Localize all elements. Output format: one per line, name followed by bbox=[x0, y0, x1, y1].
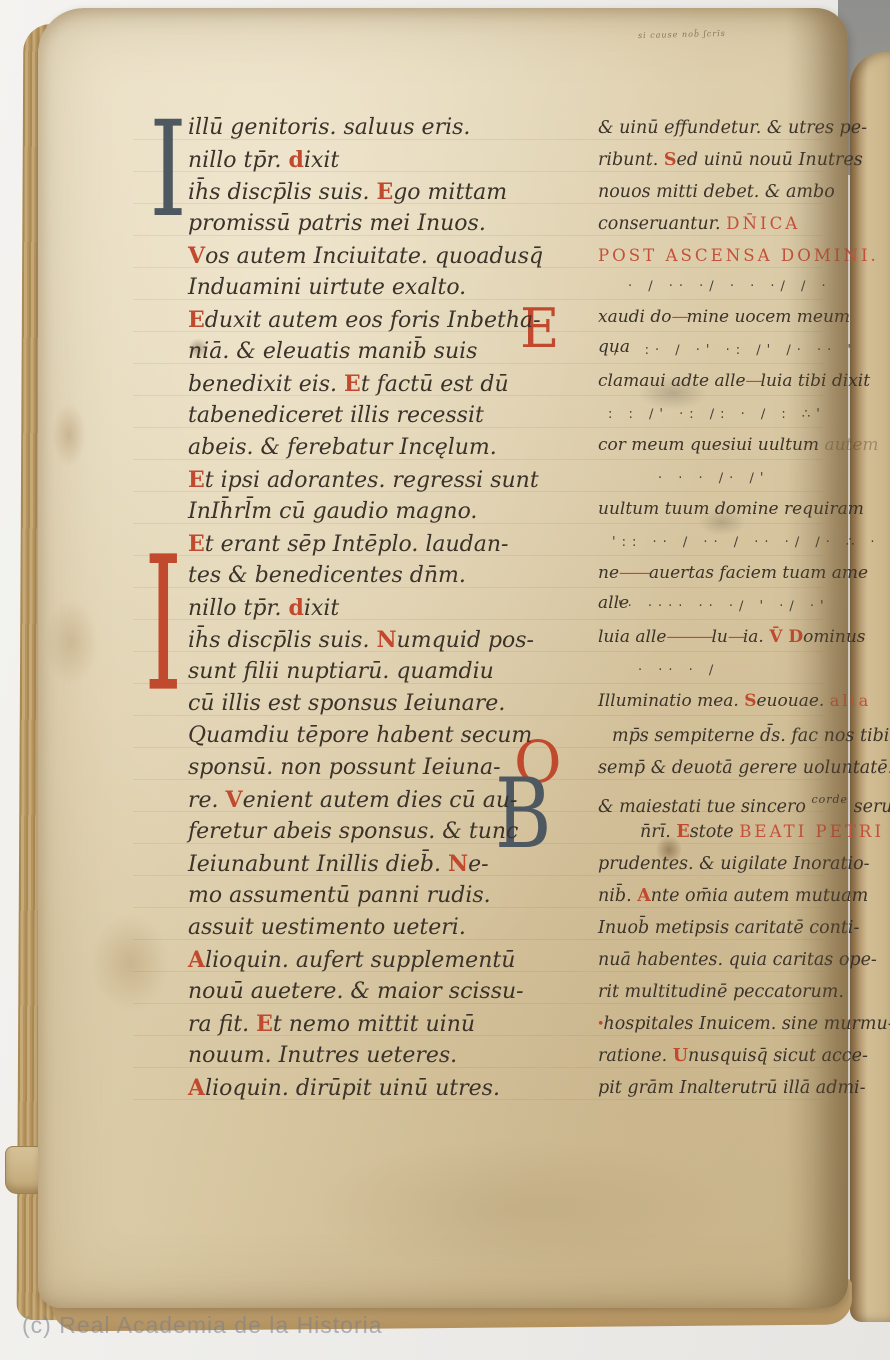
text-segment: Induamini uirtute exalto. bbox=[188, 275, 466, 300]
chant-system: ∕· :· ∕ ·' ·: ∕' ∕· ·· 'clamaui adte all… bbox=[598, 336, 886, 400]
text-segment: ih̄s discp̄lis suis. bbox=[188, 628, 376, 653]
text-segment: euouae. bbox=[757, 691, 830, 711]
text-segment: luia tibi dixit bbox=[761, 371, 871, 391]
text-segment: umquid pos- bbox=[397, 628, 534, 653]
text-line: Alioquin. aufert supplementū bbox=[188, 944, 576, 976]
text-segment: —— bbox=[619, 563, 649, 583]
text-line: nouū auetere. & maior scissu- bbox=[188, 976, 576, 1008]
text-segment: V bbox=[188, 243, 205, 269]
text-segment: tabenediceret illis recessit bbox=[188, 403, 484, 428]
text-line: nouos mitti debet. & ambo bbox=[598, 176, 886, 208]
text-segment: niā. & eleuatis manib̄ suis bbox=[188, 339, 477, 364]
text-line: tabenediceret illis recessit bbox=[188, 400, 576, 432]
chant-system: : : ∕' ·: ∕: · ∕ : ∴'cor meum quesiui uu… bbox=[598, 400, 886, 464]
text-line: rit multitudinē peccatorum. bbox=[598, 976, 886, 1008]
text-segment: Illuminatio mea. bbox=[598, 691, 744, 711]
stain bbox=[308, 1138, 738, 1278]
chant-text-line: Illuminatio mea. Seuouae. alia bbox=[598, 686, 886, 720]
stain bbox=[90, 913, 170, 1013]
text-segment: ih̄s discp̄lis suis. bbox=[188, 180, 376, 205]
text-segment: mp̄s sempiterne d̄s. fac nos tibi bbox=[612, 726, 889, 746]
text-segment: ——— bbox=[666, 627, 711, 647]
text-segment: — bbox=[672, 307, 687, 327]
text-segment: lioquin. aufert supplementū bbox=[205, 948, 515, 973]
initial-I-gospel-two: I bbox=[144, 548, 182, 706]
text-line: & uinū effundetur. & utres pe- bbox=[598, 112, 886, 144]
text-segment: mo assumentū panni rudis. bbox=[188, 883, 491, 908]
text-segment: d bbox=[289, 595, 304, 621]
text-segment: nillo tp̄r. bbox=[188, 596, 289, 621]
text-segment: sponsū. non possunt Ieiuna- bbox=[188, 755, 501, 780]
text-line: benedixit eis. Et factū est dū bbox=[188, 368, 576, 400]
text-line: nib̄. Ante om̄ia autem mutuam bbox=[598, 880, 886, 912]
text-segment: assuit uestimento ueteri. bbox=[188, 915, 466, 940]
text-segment: N bbox=[376, 627, 396, 653]
text-segment: E bbox=[188, 467, 205, 493]
chant-text-line: clamaui adte alle—luia tibi dixit bbox=[598, 366, 886, 400]
text-segment: U bbox=[673, 1046, 688, 1066]
text-line: re. Venient autem dies cū au- bbox=[188, 784, 576, 816]
text-segment: ixit bbox=[304, 596, 339, 621]
neume-notation: · ·· · ∕ bbox=[598, 656, 886, 686]
text-segment: E bbox=[676, 822, 689, 842]
text-line: nouum. Inutres ueteres. bbox=[188, 1040, 576, 1072]
text-line: ra fit. Et nemo mittit uinū bbox=[188, 1008, 576, 1040]
text-line: conseruantur. DN̄ICA bbox=[598, 208, 886, 240]
text-line: niā. & eleuatis manib̄ suis bbox=[188, 336, 576, 368]
stain bbox=[52, 403, 86, 467]
text-segment: E bbox=[188, 531, 205, 557]
text-segment: uultum bbox=[598, 499, 659, 519]
text-segment: feretur abeis sponsus. & tunc bbox=[188, 819, 518, 844]
text-segment: ixit bbox=[304, 148, 339, 173]
text-segment: t factū est dū bbox=[361, 372, 509, 397]
text-segment: nouū auetere. & maior scissu- bbox=[188, 979, 524, 1004]
text-segment: seruire. p̄ bbox=[848, 797, 890, 817]
text-segment: sunt filii nuptiarū. quamdiu bbox=[188, 659, 494, 684]
text-segment: ra fit. bbox=[188, 1012, 256, 1037]
neume-notation: '· ···· ·· ·∕ ' ·∕ ·' bbox=[598, 592, 886, 622]
text-line: sponsū. non possunt Ieiuna- bbox=[188, 752, 576, 784]
text-segment: nouum. Inutres ueteres. bbox=[188, 1043, 457, 1068]
text-segment: POST ASCENSA DOMINI. bbox=[598, 246, 879, 265]
text-segment: — bbox=[746, 371, 761, 391]
text-segment: nusquisq̄ sicut acce- bbox=[688, 1046, 868, 1066]
text-segment: prudentes. & uigilate Inoratio- bbox=[598, 854, 870, 874]
text-segment: ne bbox=[598, 563, 619, 583]
text-segment: D bbox=[788, 627, 803, 647]
text-line: ih̄s discp̄lis suis. Ego mittam bbox=[188, 176, 576, 208]
text-line: Et erant sēp Intēplo. laudan- bbox=[188, 528, 576, 560]
stain bbox=[44, 598, 98, 686]
manuscript-photo: si cause nob̄ ʃcrīs I I E O B illū genit… bbox=[0, 0, 890, 1360]
text-line: nillo tp̄r. dixit bbox=[188, 144, 576, 176]
text-column-right: & uinū effundetur. & utres pe-ribunt. Se… bbox=[598, 112, 886, 1104]
text-segment: BEATI PETRI bbox=[739, 822, 890, 841]
text-segment: enient autem dies cū au- bbox=[243, 788, 518, 813]
text-segment: E bbox=[188, 307, 205, 333]
text-segment: t ipsi adorantes. regressi sunt bbox=[205, 468, 539, 493]
text-line: sunt filii nuptiarū. quamdiu bbox=[188, 656, 576, 688]
chant-text-line: cor meum quesiui uultum autem bbox=[598, 430, 886, 464]
text-segment: V̄ bbox=[769, 627, 788, 647]
text-segment: abeis. & ferebatur Incęlum. bbox=[188, 435, 497, 460]
text-segment: go mittam bbox=[393, 180, 507, 205]
text-line: Quamdiu tēpore habent secum bbox=[188, 720, 576, 752]
text-segment: A bbox=[188, 947, 205, 973]
text-line: Inuob̄ metipsis caritatē conti- bbox=[598, 912, 886, 944]
copyright-watermark: (c) Real Academia de la Historia bbox=[22, 1312, 383, 1339]
text-line: ribunt. Sed uinū nouū Inutres bbox=[598, 144, 886, 176]
text-segment: ratione. bbox=[598, 1046, 673, 1066]
text-segment: nouos mitti debet. & ambo bbox=[598, 182, 835, 202]
text-line: feretur abeis sponsus. & tunc bbox=[188, 816, 576, 848]
text-segment: A bbox=[637, 886, 651, 906]
text-segment: V bbox=[226, 787, 243, 813]
neume-notation: · ∕ ·· ·∕ · · ·∕ ∕ · bbox=[598, 272, 886, 302]
text-segment: nuā habentes. quia caritas ope- bbox=[598, 950, 877, 970]
text-line: assuit uestimento ueteri. bbox=[188, 912, 576, 944]
text-line: prudentes. & uigilate Inoratio- bbox=[598, 848, 886, 880]
text-segment: nillo tp̄r. bbox=[188, 148, 289, 173]
chant-text-line: uultum tuum domine requiram bbox=[598, 494, 886, 528]
text-segment: semp̄ & deuotā gerere uoluntatē. bbox=[598, 758, 890, 778]
text-segment: & maiestati tue sincero bbox=[598, 797, 811, 817]
chant-text-line: luia alle———lu—ia. V̄ Dominus bbox=[598, 622, 886, 656]
text-segment: cor meum quesiui uultum bbox=[598, 435, 819, 455]
text-segment: benedixit eis. bbox=[188, 372, 344, 397]
text-segment: e- bbox=[468, 852, 488, 877]
text-segment: N bbox=[448, 851, 468, 877]
text-segment: ominus bbox=[803, 627, 865, 647]
text-segment: E bbox=[256, 1011, 273, 1037]
text-line: nuā habentes. quia caritas ope- bbox=[598, 944, 886, 976]
neume-notation: ∕· :· ∕ ·' ·: ∕' ∕· ·· ' bbox=[598, 336, 886, 366]
text-segment: rit multitudinē peccatorum. bbox=[598, 982, 844, 1002]
text-line: mp̄s sempiterne d̄s. fac nos tibi bbox=[598, 720, 886, 752]
text-segment: luia alle bbox=[598, 627, 666, 647]
text-segment: t nemo mittit uinū bbox=[273, 1012, 475, 1037]
trimmed-marginalia: si cause nob̄ ʃcrīs bbox=[638, 29, 726, 40]
text-line: illū genitoris. saluus eris. bbox=[188, 112, 576, 144]
text-line: ratione. Unusquisq̄ sicut acce- bbox=[598, 1040, 886, 1072]
text-segment: duxit autem eos foris Inbetha- bbox=[205, 308, 541, 333]
text-segment: & uinū effundetur. & utres pe- bbox=[598, 118, 867, 138]
text-segment: uamdiu tēpore habent secum bbox=[206, 723, 532, 748]
text-segment: ia. bbox=[743, 627, 769, 647]
text-segment: E bbox=[344, 371, 361, 397]
text-segment: clamaui adte alle bbox=[598, 371, 746, 391]
text-segment: stote bbox=[690, 822, 740, 842]
text-segment: nib̄. bbox=[598, 886, 637, 906]
rubric-line: POST ASCENSA DOMINI. bbox=[598, 240, 886, 272]
chant-system: · ·· · ∕Illuminatio mea. Seuouae. alia bbox=[598, 656, 886, 720]
text-line: Alioquin. dirūpit uinū utres. bbox=[188, 1072, 576, 1104]
text-line: abeis. & ferebatur Incęlum. bbox=[188, 432, 576, 464]
manuscript-page: si cause nob̄ ʃcrīs I I E O B illū genit… bbox=[38, 8, 848, 1308]
text-segment: re. bbox=[188, 788, 226, 813]
text-segment: alia bbox=[830, 691, 872, 710]
chant-system: · · · ∕· ∕'uultum tuum domine requiram bbox=[598, 464, 886, 528]
text-line: & maiestati tue sincero corde seruire. p… bbox=[598, 784, 886, 816]
text-segment: nte om̄ia autem mutuam bbox=[651, 886, 868, 906]
text-line: Et ipsi adorantes. regressi sunt bbox=[188, 464, 576, 496]
text-segment: Inuob̄ metipsis caritatē conti- bbox=[598, 918, 859, 938]
text-segment: corde bbox=[811, 793, 848, 806]
chant-text-line: xaudi do—mine uocem meum qua bbox=[598, 302, 886, 336]
chant-system: · ∕ ·· ·∕ · · ·∕ ∕ ·xaudi do—mine uocem … bbox=[598, 272, 886, 336]
chant-system: ':: ·· ∕ ·· ∕ ·· ·∕ ∕· ∴ ·ne——auertas fa… bbox=[598, 528, 886, 592]
text-line: nillo tp̄r. dixit bbox=[188, 592, 576, 624]
text-segment: d bbox=[289, 147, 304, 173]
text-line: Ieiunabunt Inillis dieb̄. Ne- bbox=[188, 848, 576, 880]
text-line: ih̄s discp̄lis suis. Numquid pos- bbox=[188, 624, 576, 656]
text-line: InIh̄rl̄m cū gaudio magno. bbox=[188, 496, 576, 528]
text-line: cū illis est sponsus Ieiunare. bbox=[188, 688, 576, 720]
text-segment: lioquin. dirūpit uinū utres. bbox=[205, 1076, 500, 1101]
text-segment: ed uinū nouū Inutres bbox=[677, 150, 863, 170]
chant-system: '· ···· ·· ·∕ ' ·∕ ·'luia alle———lu—ia. … bbox=[598, 592, 886, 656]
neume-notation: · · · ∕· ∕' bbox=[598, 464, 886, 494]
text-segment: lu bbox=[711, 627, 727, 647]
text-line: promissū patris mei Inuos. bbox=[188, 208, 576, 240]
text-segment: DN̄ICA bbox=[726, 214, 800, 233]
text-segment: — bbox=[728, 627, 743, 647]
initial-I-gospel-one: I bbox=[149, 114, 187, 226]
text-segment: promissū patris mei Inuos. bbox=[188, 211, 486, 236]
text-segment: tuum domine requiram bbox=[665, 499, 864, 519]
text-segment: os autem Inciuitate. quoadusq̄ bbox=[205, 244, 543, 269]
text-line: ꞏhospitales Inuicem. sine murmu- bbox=[598, 1008, 886, 1040]
text-segment: hospitales Inuicem. sine murmu- bbox=[603, 1014, 890, 1034]
text-segment: E bbox=[376, 179, 393, 205]
text-segment: pit grām Inalterutrū illā admi- bbox=[598, 1078, 866, 1098]
text-segment: conseruantur. bbox=[598, 214, 726, 234]
neume-notation: : : ∕' ·: ∕: · ∕ : ∴' bbox=[598, 400, 886, 430]
text-segment: illū genitoris. saluus eris. bbox=[188, 115, 470, 140]
text-segment: Q bbox=[188, 723, 206, 748]
text-segment: autem bbox=[824, 435, 878, 455]
text-segment: InIh̄rl̄m cū gaudio magno. bbox=[188, 499, 477, 524]
text-segment: n̄rī. bbox=[640, 822, 676, 842]
neume-notation: ':: ·· ∕ ·· ∕ ·· ·∕ ∕· ∴ · bbox=[598, 528, 886, 558]
text-column-left: illū genitoris. saluus eris.nillo tp̄r. … bbox=[188, 112, 576, 1104]
text-segment: ribunt. bbox=[598, 150, 664, 170]
text-line: tes & benedicentes dn̄m. bbox=[188, 560, 576, 592]
text-segment: cū illis est sponsus Ieiunare. bbox=[188, 691, 505, 716]
text-segment: tes & benedicentes dn̄m. bbox=[188, 563, 466, 588]
text-line: Eduxit autem eos foris Inbetha- bbox=[188, 304, 576, 336]
text-line: pit grām Inalterutrū illā admi- bbox=[598, 1072, 886, 1104]
text-segment: S bbox=[664, 150, 677, 170]
text-segment: A bbox=[188, 1075, 205, 1101]
text-line: n̄rī. Estote BEATI PETRI ap̄sti bbox=[598, 816, 886, 848]
text-line: mo assumentū panni rudis. bbox=[188, 880, 576, 912]
text-segment: Ieiunabunt Inillis dieb̄. bbox=[188, 852, 448, 877]
text-line: Vos autem Inciuitate. quoadusq̄ bbox=[188, 240, 576, 272]
text-line: semp̄ & deuotā gerere uoluntatē. bbox=[598, 752, 886, 784]
text-line: Induamini uirtute exalto. bbox=[188, 272, 576, 304]
text-segment: t erant sēp Intēplo. laudan- bbox=[205, 532, 509, 557]
text-segment: xaudi do bbox=[598, 307, 672, 327]
text-segment: S bbox=[744, 691, 756, 711]
chant-text-line: ne——auertas faciem tuam ame alle bbox=[598, 558, 886, 592]
